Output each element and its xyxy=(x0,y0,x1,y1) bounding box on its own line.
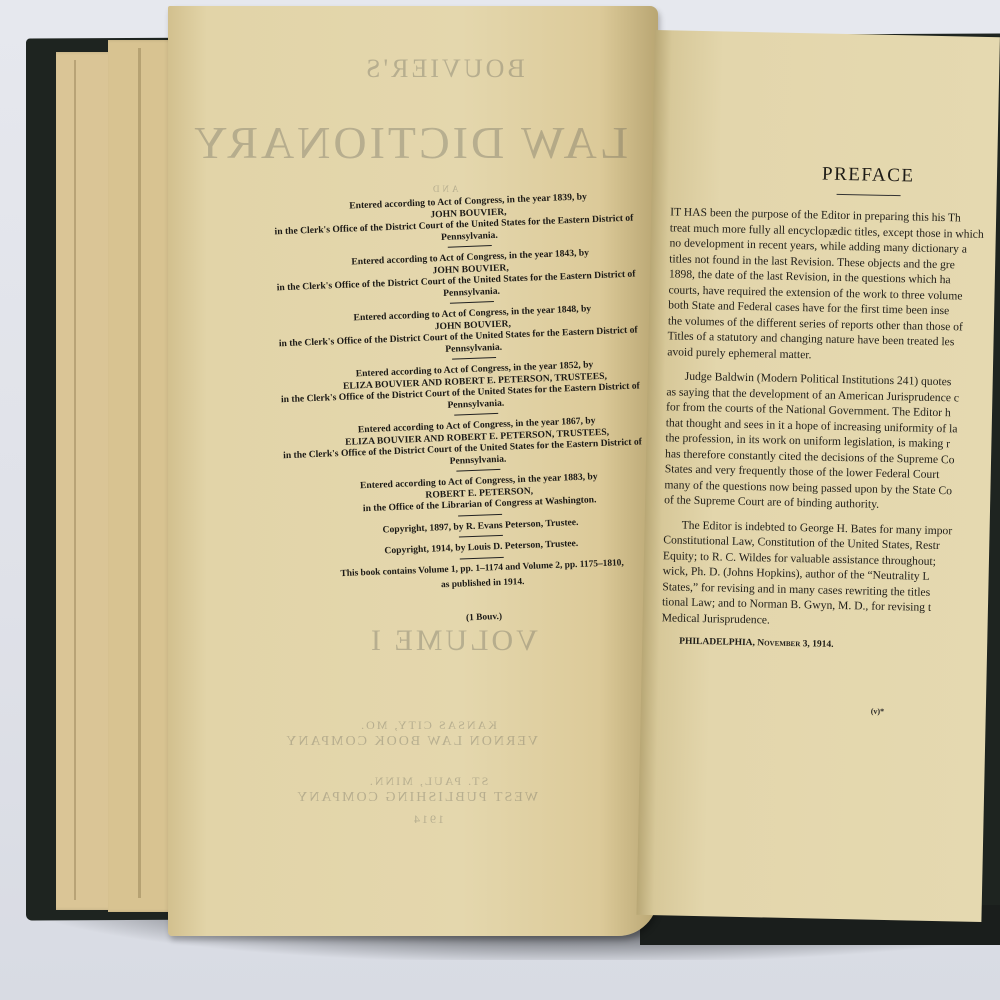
preface-body: IT HAS been the purpose of the Editor in… xyxy=(661,204,1000,657)
leaf-fold-line xyxy=(138,48,141,898)
show-through-city-1: KANSAS CITY, MO. xyxy=(318,718,538,733)
divider xyxy=(452,357,496,360)
page-number: (v)* xyxy=(871,707,885,716)
show-through-city-2: ST. PAUL, MINN. xyxy=(318,774,538,789)
divider xyxy=(460,556,504,559)
left-page-copyright[interactable]: BOUVIER'S LAW DICTIONARY AND VOLUME I KA… xyxy=(168,6,658,936)
leaf-fold-line xyxy=(74,60,76,900)
divider xyxy=(456,469,500,472)
preface-paragraph-1: IT HAS been the purpose of the Editor in… xyxy=(667,204,1000,367)
show-through-title-top: BOUVIER'S xyxy=(363,54,525,84)
copyright-entry: Entered according to Act of Congress, in… xyxy=(260,244,658,306)
copyright-entry: Entered according to Act of Congress, in… xyxy=(258,188,658,250)
show-through-publisher-1: VERNON LAW BOOK COMPANY xyxy=(318,734,538,750)
divider xyxy=(454,413,498,416)
copyright-entry: Entered according to Act of Congress, in… xyxy=(267,412,658,474)
show-through-volume: VOLUME I xyxy=(368,624,538,658)
preface-paragraph-2: Judge Baldwin (Modern Political Institut… xyxy=(664,368,1000,515)
show-through-publisher-2: WEST PUBLISHING COMPANY xyxy=(318,790,538,806)
divider xyxy=(448,245,492,248)
preface-signoff: PHILADELPHIA, November 3, 1914. xyxy=(679,635,1000,658)
show-through-year: 1914 xyxy=(318,812,538,827)
divider xyxy=(458,513,502,516)
copyright-entry: Entered according to Act of Congress, in… xyxy=(262,300,658,362)
show-through-and: AND xyxy=(430,184,459,194)
right-page-preface[interactable]: PREFACE IT HAS been the purpose of the E… xyxy=(636,30,999,922)
divider xyxy=(450,301,494,304)
copyright-notices: Entered according to Act of Congress, in… xyxy=(258,188,658,632)
copyright-entry: Entered according to Act of Congress, in… xyxy=(264,356,658,418)
divider xyxy=(459,535,503,538)
show-through-title-main: LAW DICTIONARY xyxy=(228,116,628,169)
title-rule xyxy=(837,194,901,196)
copyright-entry: Entered according to Act of Congress, in… xyxy=(269,468,658,519)
preface-paragraph-3: The Editor is indebted to George H. Bate… xyxy=(662,517,1000,633)
preface-title: PREFACE xyxy=(822,164,915,188)
